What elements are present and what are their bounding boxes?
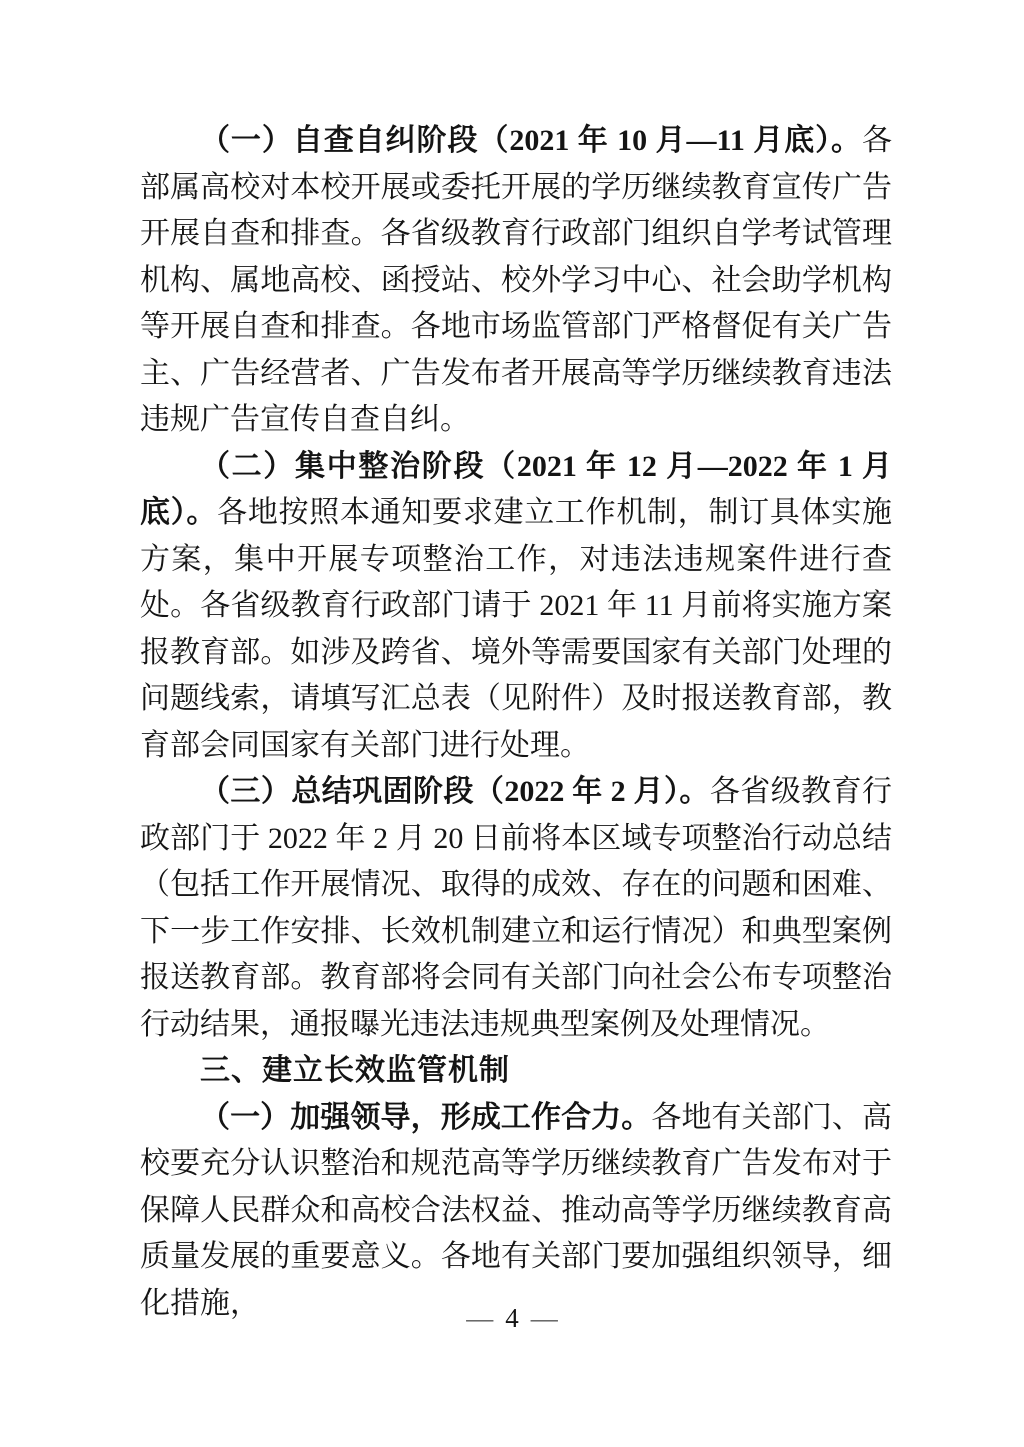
page-footer: —4— <box>0 1303 1024 1334</box>
page-number: 4 <box>505 1303 519 1333</box>
document-page: （一）自查自纠阶段（2021 年 10 月—11 月底）。各部属高校对本校开展或… <box>0 0 1024 1447</box>
paragraph-stage-summary: （三）总结巩固阶段（2022 年 2 月）。各省级教育行政部门于 2022 年 … <box>140 769 892 1048</box>
paragraph-lead: （三）总结巩固阶段（2022 年 2 月）。 <box>200 775 710 808</box>
paragraph-lead: （一）加强领导，形成工作合力。 <box>200 1101 651 1134</box>
paragraph-lead: （一）自查自纠阶段（2021 年 10 月—11 月底）。 <box>200 124 862 157</box>
paragraph-text: 各省级教育行政部门于 2022 年 2 月 20 日前将本区域专项整治行动总结（… <box>140 775 892 1041</box>
paragraph-stage-self-check: （一）自查自纠阶段（2021 年 10 月—11 月底）。各部属高校对本校开展或… <box>140 118 892 444</box>
paragraph-strengthen-leadership: （一）加强领导，形成工作合力。各地有关部门、高校要充分认识整治和规范高等学历继续… <box>140 1095 892 1328</box>
footer-dash-right: — <box>531 1303 558 1333</box>
paragraph-stage-rectification: （二）集中整治阶段（2021 年 12 月—2022 年 1 月底）。各地按照本… <box>140 444 892 770</box>
paragraph-text: 各部属高校对本校开展或委托开展的学历继续教育宣传广告开展自查和排查。各省级教育行… <box>140 124 892 436</box>
section-heading-long-term-mechanism: 三、建立长效监管机制 <box>140 1048 892 1095</box>
footer-dash-left: — <box>466 1303 493 1333</box>
paragraph-text: 各地按照本通知要求建立工作机制，制订具体实施方案，集中开展专项整治工作，对违法违… <box>140 496 892 762</box>
document-body: （一）自查自纠阶段（2021 年 10 月—11 月底）。各部属高校对本校开展或… <box>140 118 892 1327</box>
